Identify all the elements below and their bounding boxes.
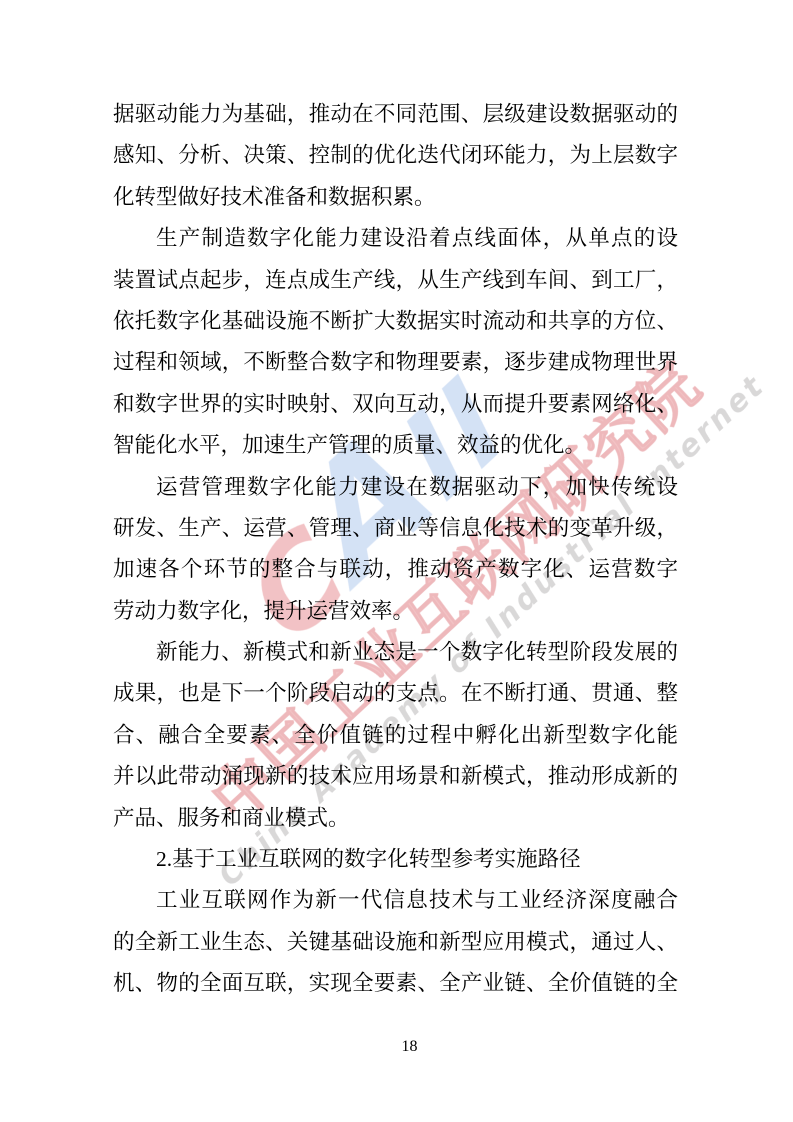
text-line: 和数字世界的实时映射、双向互动，从而提升要素网络化、 (113, 384, 678, 425)
text-line: 运营管理数字化能力建设在数据驱动下，加快传统设计、 (113, 467, 678, 508)
text-line: 劳动力数字化，提升运营效率。 (113, 591, 678, 632)
text-line: 工业互联网作为新一代信息技术与工业经济深度融合 (113, 880, 678, 921)
text-line: 产品、服务和商业模式。 (113, 798, 678, 839)
text-line: 合、融合全要素、全价值链的过程中孵化出新型数字化能力， (113, 715, 678, 756)
text-line: 2.基于工业互联网的数字化转型参考实施路径 (113, 839, 678, 880)
text-line: 研发、生产、运营、管理、商业等信息化技术的变革升级， (113, 508, 678, 549)
text-line: 感知、分析、决策、控制的优化迭代闭环能力，为上层数字 (113, 135, 678, 176)
text-line: 机、物的全面互联，实现全要素、全产业链、全价值链的全 (113, 963, 678, 1004)
page-number: 18 (0, 1038, 793, 1056)
text-line: 依托数字化基础设施不断扩大数据实时流动和共享的方位、 (113, 301, 678, 342)
text-line: 成果，也是下一个阶段启动的支点。在不断打通、贯通、整 (113, 673, 678, 714)
text-line: 化转型做好技术准备和数据积累。 (113, 177, 678, 218)
text-line: 加速各个环节的整合与联动，推动资产数字化、运营数字化、 (113, 549, 678, 590)
text-line: 智能化水平，加速生产管理的质量、效益的优化。 (113, 425, 678, 466)
document-page: CAII 中国工业互联网研究院 China Academy of Industr… (0, 0, 793, 1122)
text-line: 过程和领域，不断整合数字和物理要素，逐步建成物理世界 (113, 342, 678, 383)
text-line: 的全新工业生态、关键基础设施和新型应用模式，通过人、 (113, 922, 678, 963)
text-line: 并以此带动涌现新的技术应用场景和新模式，推动形成新的 (113, 756, 678, 797)
text-line: 据驱动能力为基础，推动在不同范围、层级建设数据驱动的 (113, 94, 678, 135)
text-line: 装置试点起步，连点成生产线，从生产线到车间、到工厂， (113, 260, 678, 301)
text-line: 新能力、新模式和新业态是一个数字化转型阶段发展的 (113, 632, 678, 673)
document-body: 据驱动能力为基础，推动在不同范围、层级建设数据驱动的感知、分析、决策、控制的优化… (113, 94, 678, 1005)
text-line: 生产制造数字化能力建设沿着点线面体，从单点的设备、 (113, 218, 678, 259)
